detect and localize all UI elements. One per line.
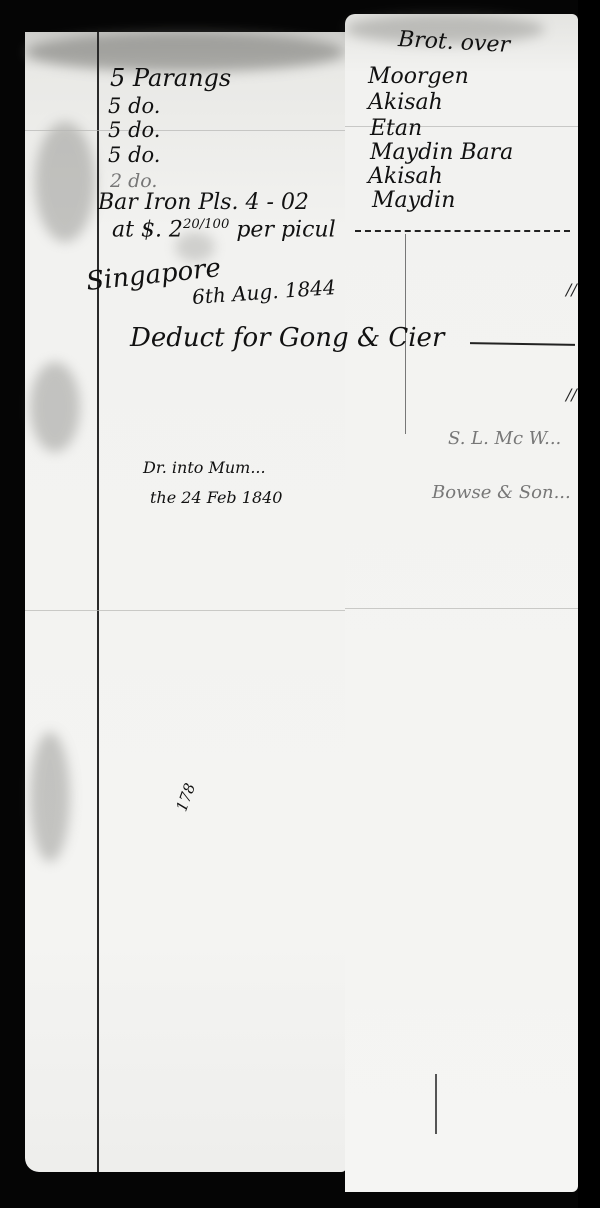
entry-qty: 5 — [108, 143, 121, 167]
name-entry: Maydin Bara — [370, 142, 513, 164]
signature-line-1: S. L. Mc W... — [448, 430, 561, 448]
edge-tick-mark: // — [566, 280, 577, 299]
entry-qty: 2 — [110, 170, 122, 192]
entry-row: 5 Parangs — [110, 66, 231, 90]
name-entry: Akisah — [368, 166, 443, 188]
name-entry: Etan — [370, 118, 422, 140]
entry-item: Parangs — [133, 64, 231, 92]
entry-qty: 5 — [108, 118, 121, 142]
entry-qty: 5 — [110, 64, 125, 92]
note-line-2: the 24 Feb 1840 — [150, 490, 282, 506]
price-prefix: at $. 2 — [112, 217, 183, 242]
edge-tick-mark: // — [566, 385, 577, 404]
scan-border — [578, 0, 600, 1208]
entry-item: do. — [128, 143, 160, 167]
signature-line-2: Bowse & Son... — [432, 484, 571, 502]
entry-row: 5 do. — [108, 120, 160, 141]
name-entry: Akisah — [368, 92, 443, 114]
entry-row: 2 do. — [110, 172, 157, 191]
entry-item: do. — [128, 118, 160, 142]
bar-iron-price-line: at $. 220/100 per picul — [112, 218, 336, 241]
price-fraction: 20/100 — [183, 217, 229, 232]
entry-row: 5 do. — [108, 145, 160, 166]
bar-iron-line: Bar Iron Pls. 4 - 02 — [98, 192, 309, 214]
ruled-line — [345, 608, 578, 609]
entry-item: do. — [128, 170, 157, 192]
name-entry: Moorgen — [368, 66, 469, 88]
entry-row: 5 do. — [108, 96, 160, 117]
entry-qty: 5 — [108, 94, 121, 118]
entry-item: do. — [128, 94, 160, 118]
price-unit: per picul — [236, 217, 335, 242]
name-entry: Maydin — [372, 190, 455, 212]
dotted-rule — [435, 1074, 437, 1134]
brought-over-header: Brot. over — [398, 29, 511, 57]
dashed-line — [355, 230, 570, 232]
ruled-line — [25, 130, 347, 131]
note-line-1: Dr. into Mum... — [143, 460, 266, 476]
ruled-line — [25, 610, 347, 611]
deduct-text: Deduct for Gong & Cier — [130, 325, 444, 351]
